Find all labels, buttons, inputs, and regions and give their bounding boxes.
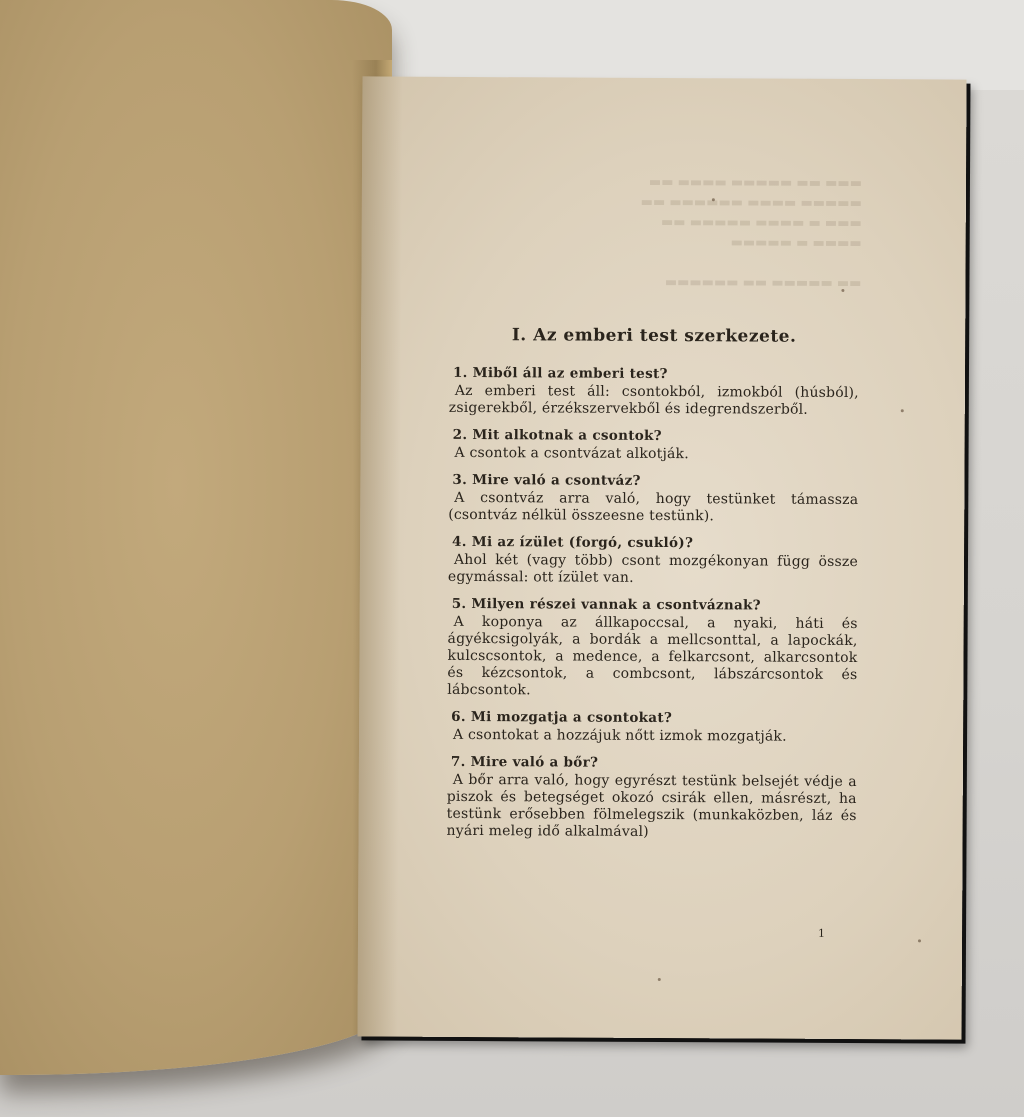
paper-speck bbox=[841, 289, 844, 292]
page-content: I. Az emberi test szerkezete. 1. Miből á… bbox=[446, 325, 859, 852]
page-number: 1 bbox=[818, 927, 825, 940]
left-page-blank bbox=[0, 0, 392, 1075]
answer: A csontváz arra való, hogy testünket tám… bbox=[448, 490, 858, 526]
question: 6. Mi mozgatja a csontokat? bbox=[451, 709, 857, 727]
paper-speck bbox=[658, 978, 661, 981]
question: 1. Miből áll az emberi test? bbox=[453, 365, 859, 383]
qa-item: 2. Mit alkotnak a csontok? A csontok a c… bbox=[449, 427, 859, 464]
qa-item: 7. Mire való a bőr? A bőr arra való, hog… bbox=[447, 754, 857, 842]
qa-item: 5. Milyen részei vannak a csontváznak? A… bbox=[447, 596, 858, 701]
paper-speck bbox=[901, 409, 904, 412]
paper-speck bbox=[712, 198, 715, 201]
qa-item: 1. Miből áll az emberi test? Az emberi t… bbox=[449, 365, 859, 419]
answer: A csontokat a hozzájuk nőtt izmok mozgat… bbox=[447, 727, 857, 746]
paper-speck bbox=[479, 777, 482, 780]
answer: Az emberi test áll: csontokból, izmokból… bbox=[449, 383, 859, 419]
question: 2. Mit alkotnak a csontok? bbox=[453, 427, 859, 445]
question: 5. Milyen részei vannak a csontváznak? bbox=[452, 596, 858, 614]
show-through-text: ▬▬▬ ▬▬ ▬▬▬▬▬ ▬▬▬▬ ▬▬▬▬▬▬▬ ▬▬▬▬ ▬▬▬▬▬▬ ▬▬… bbox=[601, 173, 862, 294]
page-gutter-shadow bbox=[357, 76, 402, 1036]
answer: A koponya az állkapoccsal, a nyaki, háti… bbox=[447, 614, 857, 701]
paper-speck bbox=[918, 939, 921, 942]
qa-item: 6. Mi mozgatja a csontokat? A csontokat … bbox=[447, 709, 857, 746]
question: 4. Mi az ízület (forgó, csukló)? bbox=[452, 534, 858, 552]
answer: A csontok a csontvázat alkotják. bbox=[449, 445, 859, 464]
chapter-title: I. Az emberi test szerkezete. bbox=[449, 325, 859, 347]
qa-item: 3. Mire való a csontváz? A csontváz arra… bbox=[448, 472, 858, 526]
question: 7. Mire való a bőr? bbox=[451, 754, 857, 772]
answer: Ahol két (vagy több) csont mozgékonyan f… bbox=[448, 552, 858, 588]
question: 3. Mire való a csontváz? bbox=[452, 472, 858, 490]
right-page: ▬▬▬ ▬▬ ▬▬▬▬▬ ▬▬▬▬ ▬▬▬▬▬▬▬ ▬▬▬▬ ▬▬▬▬▬▬ ▬▬… bbox=[357, 76, 966, 1039]
answer: A bőr arra való, hogy egyrészt testünk b… bbox=[447, 772, 857, 842]
qa-item: 4. Mi az ízület (forgó, csukló)? Ahol ké… bbox=[448, 534, 858, 588]
